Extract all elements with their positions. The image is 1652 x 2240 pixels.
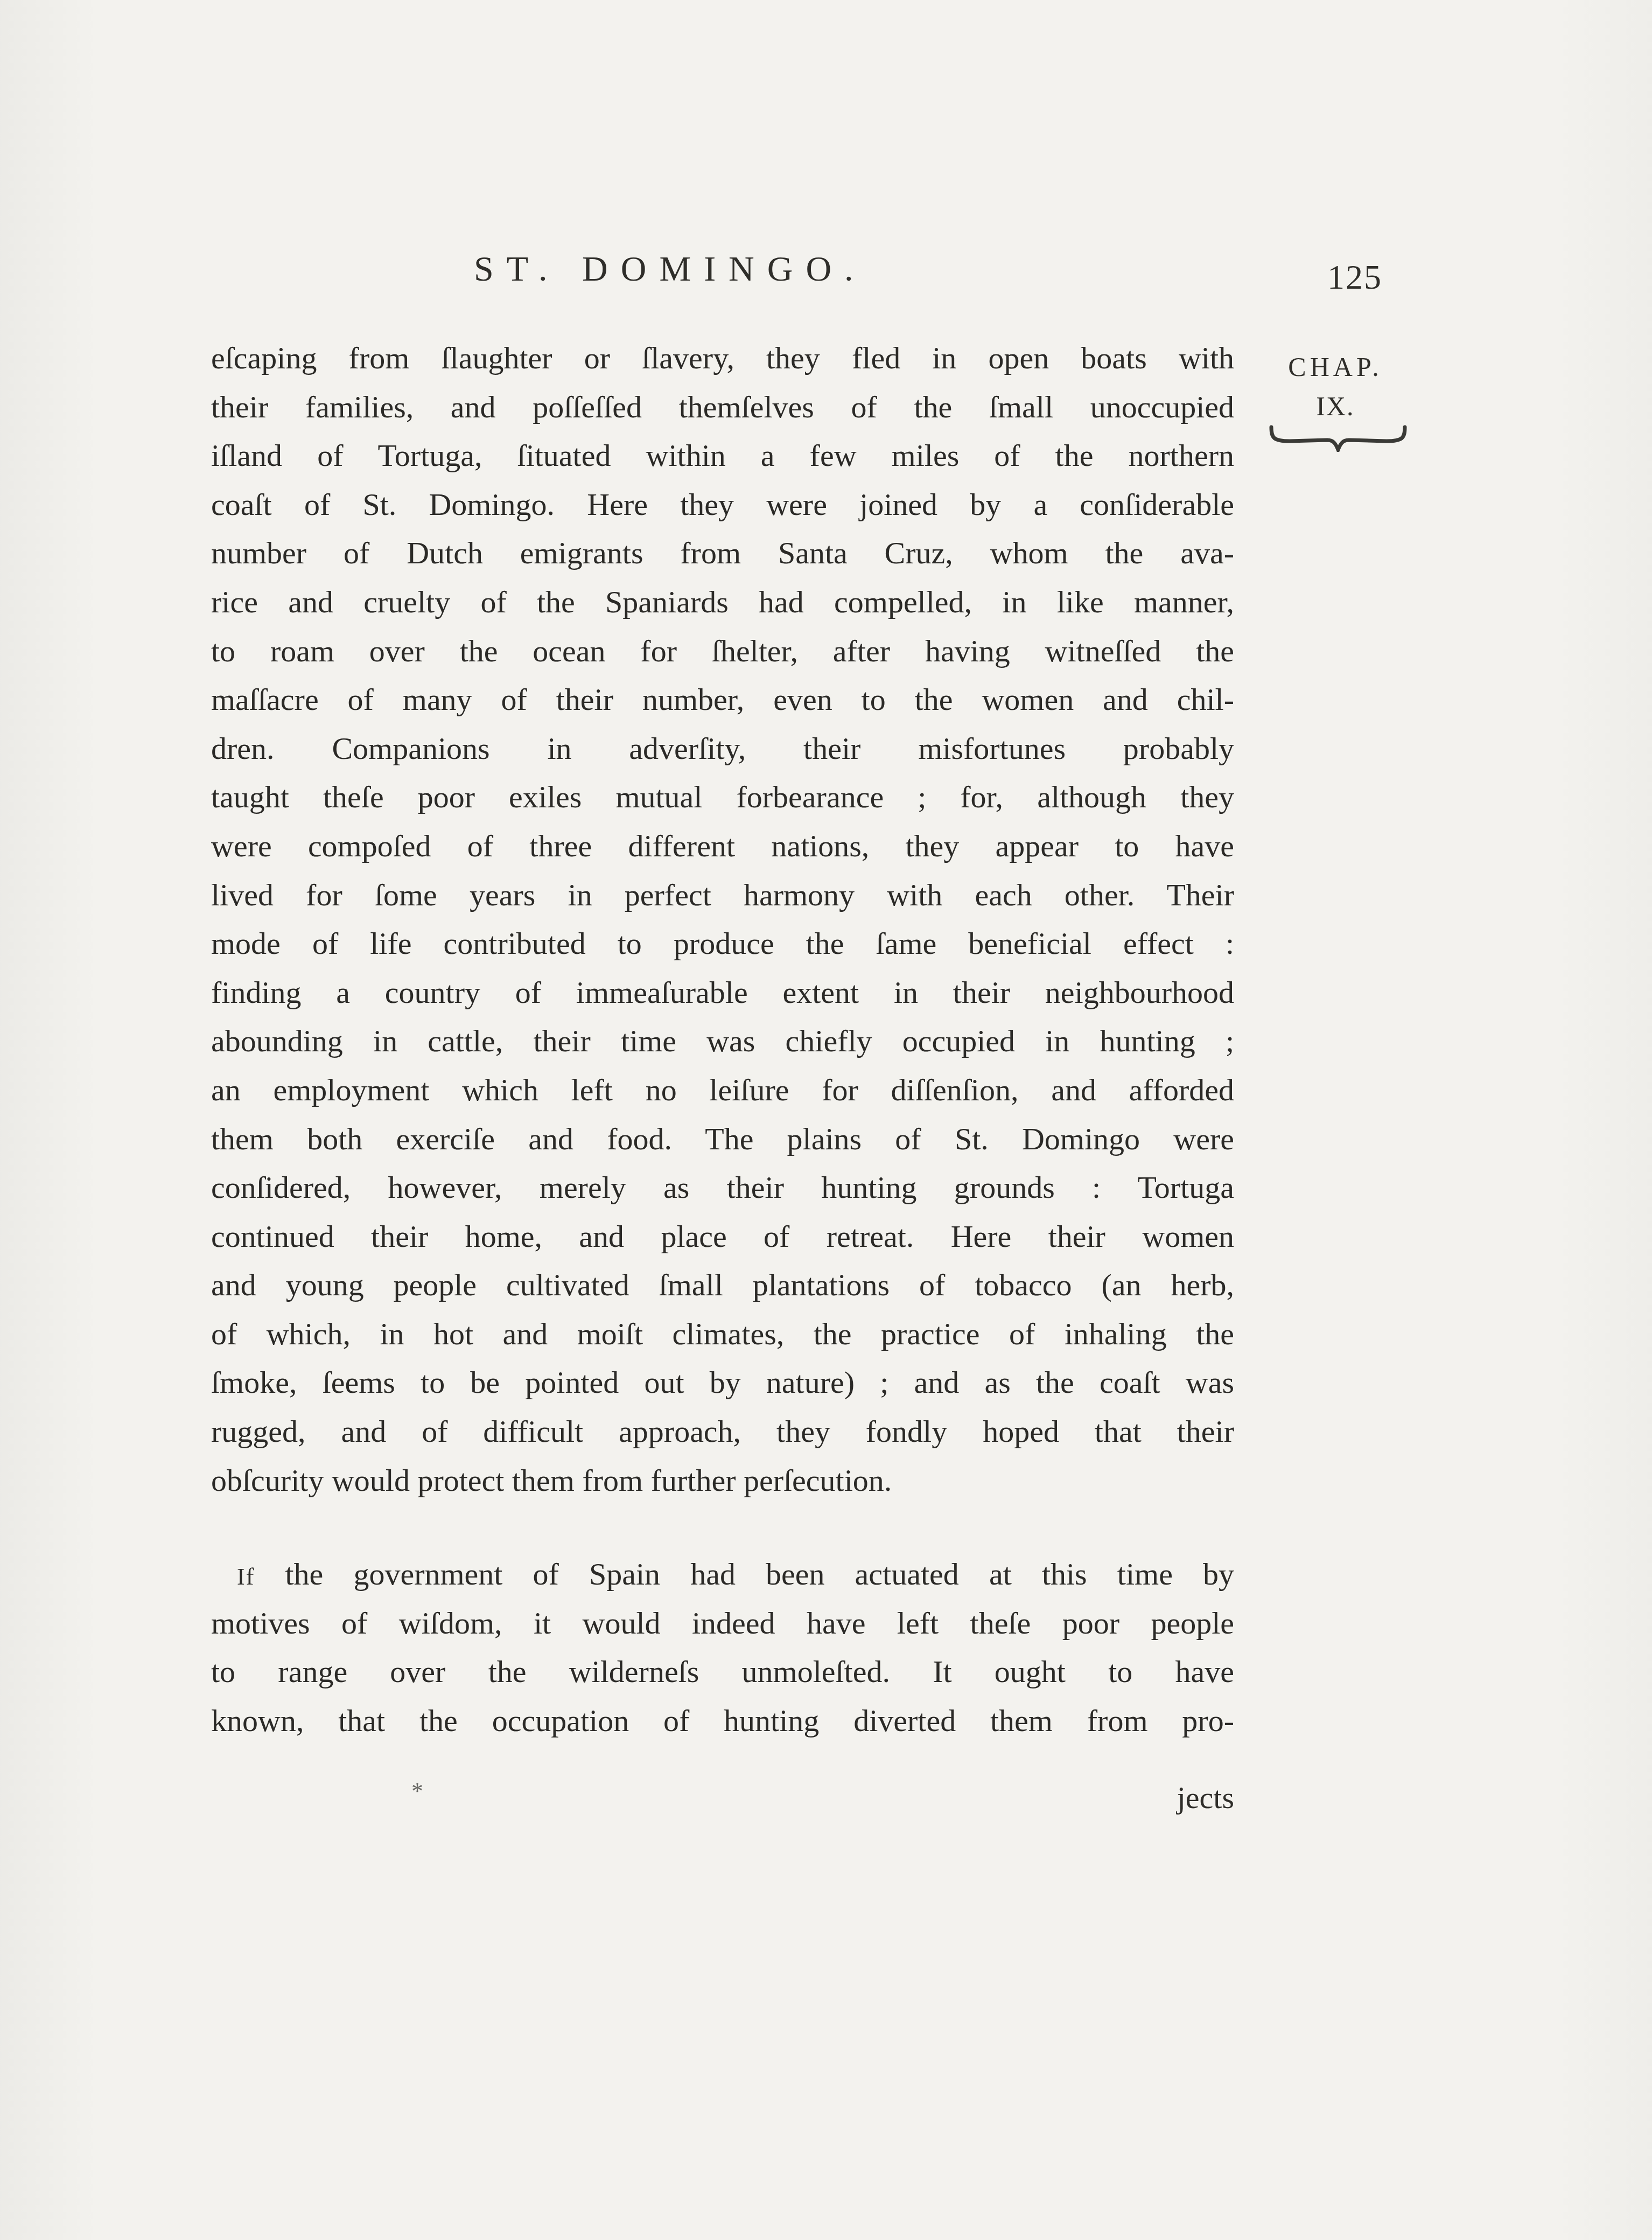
text-line: dren. Companions in adverſity, their mis… bbox=[211, 724, 1234, 773]
curly-brace-icon bbox=[1268, 425, 1408, 452]
text-line: and young people cultivated ſmall planta… bbox=[211, 1261, 1234, 1310]
text-line: an employment which left no leiſure for … bbox=[211, 1066, 1234, 1115]
signature-mark: * bbox=[411, 1777, 423, 1805]
text-line: their families, and poſſeſſed themſelves… bbox=[211, 383, 1234, 432]
text-line: them both exerciſe and food. The plains … bbox=[211, 1115, 1234, 1164]
text-line: obſcurity would protect them from furthe… bbox=[211, 1456, 1234, 1505]
text-line: number of Dutch emigrants from Santa Cru… bbox=[211, 529, 1234, 578]
text-line: motives of wiſdom, it would indeed have … bbox=[211, 1599, 1234, 1648]
text-line: of which, in hot and moiſt climates, the… bbox=[211, 1310, 1234, 1359]
text-line: were compoſed of three different nations… bbox=[211, 822, 1234, 871]
text-line: continued their home, and place of retre… bbox=[211, 1212, 1234, 1261]
chapter-label: CHAP. bbox=[1268, 346, 1403, 387]
text-line: lived for ſome years in perfect harmony … bbox=[211, 871, 1234, 920]
paragraph-1: eſcaping from ſlaughter or ſlavery, they… bbox=[211, 334, 1234, 1505]
book-page: ST. DOMINGO. 125 CHAP. IX. eſcaping from… bbox=[0, 0, 1652, 2240]
text-line: conſidered, however, merely as their hun… bbox=[211, 1163, 1234, 1212]
paragraph-spacer bbox=[211, 1505, 1234, 1550]
catchword: jects bbox=[1177, 1780, 1234, 1816]
drop-word: If bbox=[237, 1564, 255, 1590]
text-line: eſcaping from ſlaughter or ſlavery, they… bbox=[211, 334, 1234, 383]
text-line: ſmoke, ſeems to be pointed out by nature… bbox=[211, 1358, 1234, 1407]
text-line: If the government of Spain had been actu… bbox=[211, 1550, 1234, 1599]
chapter-number: IX. bbox=[1268, 387, 1403, 425]
text-line: taught theſe poor exiles mutual forbeara… bbox=[211, 773, 1234, 822]
text-line: abounding in cattle, their time was chie… bbox=[211, 1017, 1234, 1066]
paragraph-2: If the government of Spain had been actu… bbox=[211, 1550, 1234, 1745]
text-line: rice and cruelty of the Spaniards had co… bbox=[211, 578, 1234, 627]
text-line: coaſt of St. Domingo. Here they were joi… bbox=[211, 480, 1234, 529]
page-footer: * jects bbox=[211, 1777, 1234, 1826]
text-line: mode of life contributed to produce the … bbox=[211, 919, 1234, 968]
text-line: maſſacre of many of their number, even t… bbox=[211, 675, 1234, 724]
text-line: to roam over the ocean for ſhelter, afte… bbox=[211, 627, 1234, 676]
body-text: eſcaping from ſlaughter or ſlavery, they… bbox=[211, 334, 1234, 1746]
running-head: ST. DOMINGO. bbox=[474, 249, 866, 290]
text-line: rugged, and of difficult approach, they … bbox=[211, 1407, 1234, 1456]
text-line-rest: the government of Spain had been actuate… bbox=[255, 1557, 1234, 1592]
text-line: to range over the wilderneſs unmoleſted.… bbox=[211, 1648, 1234, 1697]
text-line: finding a country of immeaſurable extent… bbox=[211, 968, 1234, 1017]
chapter-margin-note: CHAP. IX. bbox=[1268, 346, 1403, 452]
text-line: iſland of Tortuga, ſituated within a few… bbox=[211, 431, 1234, 480]
text-line: known, that the occupation of hunting di… bbox=[211, 1697, 1234, 1746]
page-number: 125 bbox=[1327, 257, 1382, 297]
